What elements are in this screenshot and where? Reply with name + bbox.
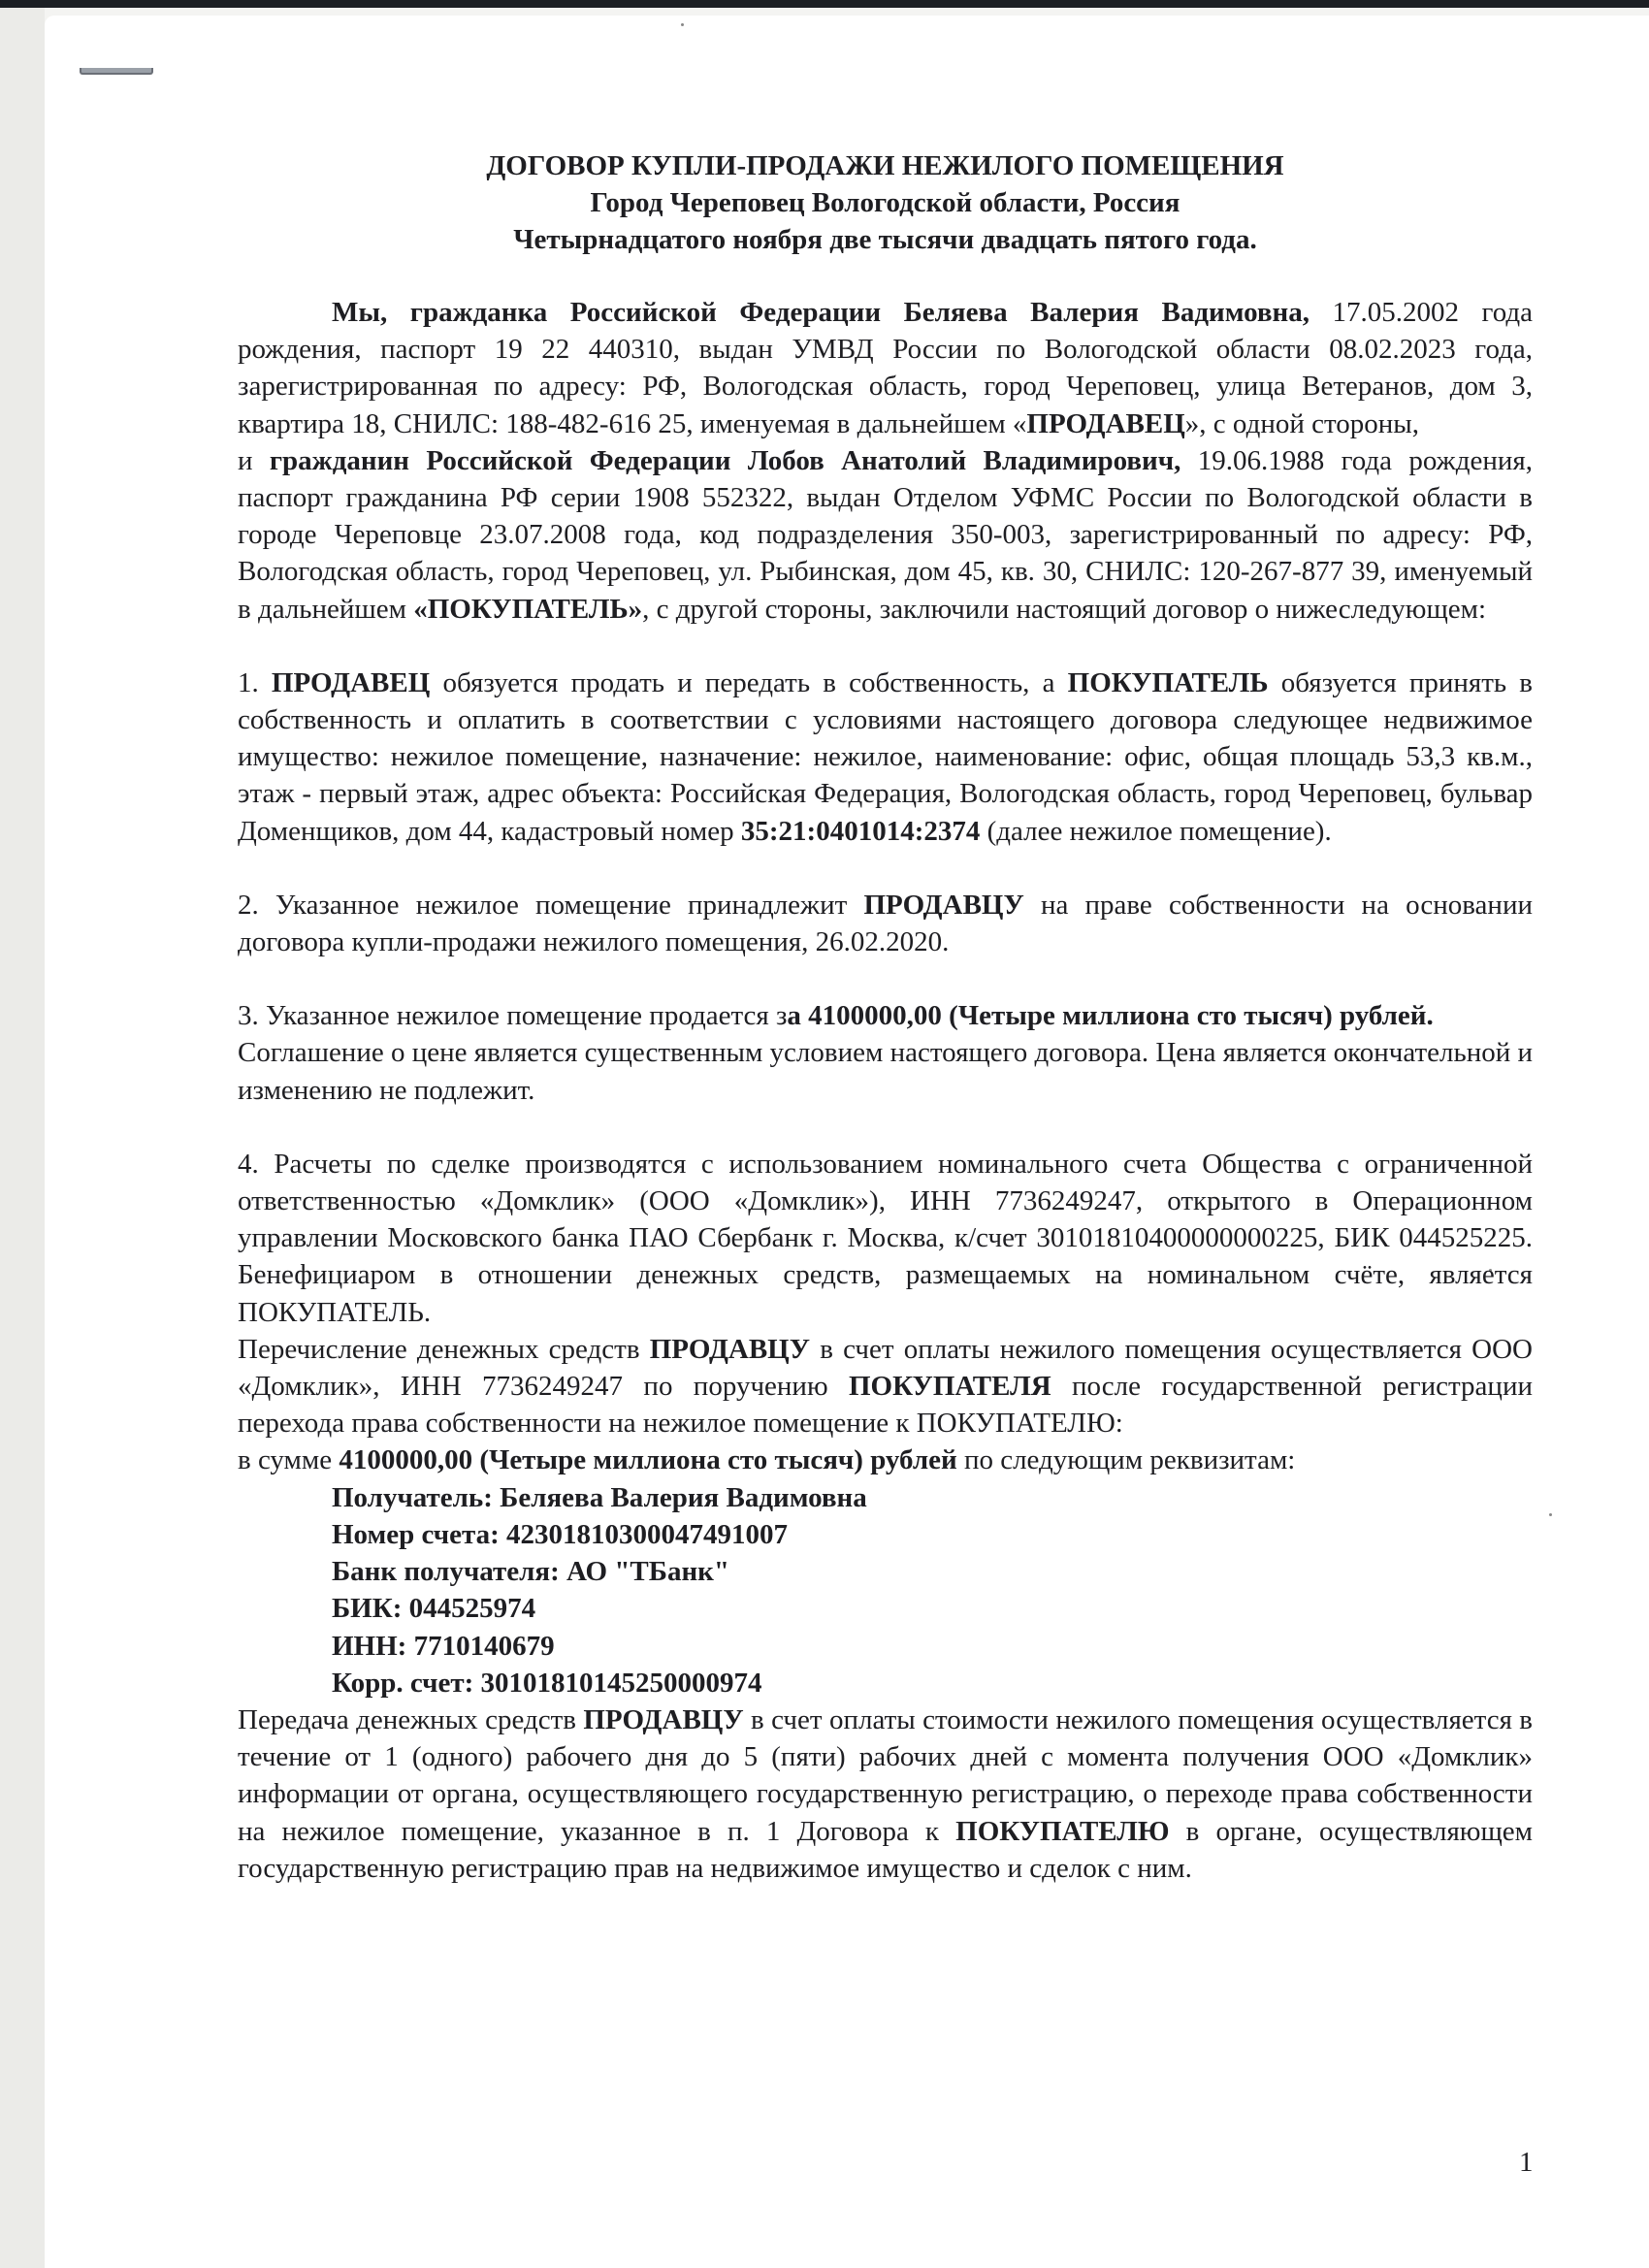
document-body: Мы, гражданка Российской Федерации Беляе… [238,294,1533,1887]
buyer-role: ПОКУПАТЕЛЯ [849,1371,1051,1402]
scan-speck [681,23,684,26]
buyer-tail: , с другой стороны, заключили настоящий … [642,594,1486,625]
clause-3-price-terms: Соглашение о цене является существенным … [238,1034,1533,1108]
document-header: ДОГОВОР КУПЛИ-ПРОДАЖИ НЕЖИЛОГО ПОМЕЩЕНИЯ… [238,147,1533,258]
staple-icon [80,68,153,75]
seller-role: ПРОДАВЕЦ [272,667,430,698]
spacer [238,850,1533,887]
page-number: 1 [1519,2147,1534,2179]
cadastral-number: 35:21:0401014:2374 [741,816,980,847]
parties-buyer-paragraph: и гражданин Российской Федерации Лобов А… [238,442,1533,628]
payment-requisites: Получатель: Беляева Валерия Вадимовна Но… [238,1479,1533,1701]
requisite-corr-account: Корр. счет: 30101810145250000974 [238,1665,1533,1701]
clause-1: 1. ПРОДАВЕЦ обязуется продать и передать… [238,664,1533,850]
buyer-role: «ПОКУПАТЕЛЬ» [413,594,642,625]
requisite-recipient: Получатель: Беляева Валерия Вадимовна [238,1479,1533,1516]
buyer-prefix: и [238,445,270,476]
spacer [238,1109,1533,1146]
buyer-name: гражданин Российской Федерации Лобов Ана… [270,445,1181,476]
seller-role: ПРОДАВЦУ [583,1704,743,1735]
seller-role: ПРОДАВЕЦ [1026,408,1184,439]
document-place: Город Череповец Вологодской области, Рос… [238,184,1533,221]
requisite-bik: БИК: 044525974 [238,1590,1533,1627]
clause-4-transfer: Перечисление денежных средств ПРОДАВЦУ в… [238,1331,1533,1442]
document-date: Четырнадцатого ноября две тысячи двадцат… [238,221,1533,258]
clause-text: обязуется продать и передать в собственн… [430,667,1067,698]
clause-text: Передача денежных средств [238,1704,583,1735]
scan-speck [1549,1513,1552,1516]
buyer-role: ПОКУПАТЕЛЮ [955,1816,1169,1847]
clause-text: в сумме [238,1444,339,1475]
seller-name: Мы, гражданка Российской Федерации Беляе… [332,297,1309,328]
clause-text: 3. Указанное нежилое помещение продается… [238,1000,787,1031]
parties-seller-paragraph: Мы, гражданка Российской Федерации Беляе… [238,294,1533,442]
clause-2: 2. Указанное нежилое помещение принадлеж… [238,887,1533,960]
spacer [238,628,1533,664]
clause-text: по следующим реквизитам: [957,1444,1296,1475]
clause-4: 4. Расчеты по сделке производятся с испо… [238,1146,1533,1331]
clause-number: 1. [238,667,272,698]
requisite-inn: ИНН: 7710140679 [238,1628,1533,1665]
scan-border-left [0,8,45,2268]
transfer-amount: 4100000,00 (Четыре миллиона сто тысяч) р… [339,1444,956,1475]
requisite-account: Номер счета: 42301810300047491007 [238,1516,1533,1553]
seller-role: ПРОДАВЦУ [650,1334,810,1365]
clause-text: 2. Указанное нежилое помещение принадлеж… [238,890,863,921]
buyer-role: ПОКУПАТЕЛЬ [1068,667,1269,698]
document-title: ДОГОВОР КУПЛИ-ПРОДАЖИ НЕЖИЛОГО ПОМЕЩЕНИЯ [238,147,1533,184]
requisite-bank: Банк получателя: АО "ТБанк" [238,1553,1533,1590]
clause-4-timing: Передача денежных средств ПРОДАВЦУ в сче… [238,1701,1533,1887]
seller-role: ПРОДАВЦУ [863,890,1023,921]
clause-text: (далее нежилое помещение). [980,816,1331,847]
sale-price: а 4100000,00 (Четыре миллиона сто тысяч)… [787,1000,1433,1031]
scan-border-top [0,0,1649,8]
clause-3: 3. Указанное нежилое помещение продается… [238,997,1533,1034]
seller-tail: », с одной стороны, [1185,408,1419,439]
clause-4-amount: в сумме 4100000,00 (Четыре миллиона сто … [238,1442,1533,1478]
spacer [238,960,1533,997]
clause-text: Перечисление денежных средств [238,1334,650,1365]
